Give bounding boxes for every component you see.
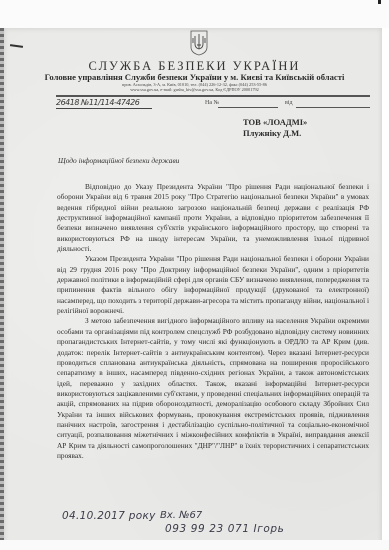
recipient-company: ТОВ «ЛОАДМІ» xyxy=(243,117,307,128)
scan-top-margin xyxy=(0,0,389,28)
outgoing-number-text: 26418 №11/114-47426 xyxy=(56,98,139,107)
reference-date-label: від xyxy=(285,100,293,106)
handwritten-date: 04.10.2017 року xyxy=(62,510,156,522)
reference-number-blank xyxy=(218,107,278,108)
recipient-person: Плужніку Д.М. xyxy=(243,128,307,139)
letter-body: Відповідно до Указу Президента України "… xyxy=(57,182,369,461)
registration-underline xyxy=(56,108,152,109)
contact-line: www.ssu.gov.ua, e-mail: gusbu_kiv@ssu.go… xyxy=(0,87,389,92)
reference-number-label: На № xyxy=(205,100,219,106)
outgoing-registration-number: 26418 №11/114-47426 xyxy=(56,98,152,110)
letterhead-divider xyxy=(56,95,370,97)
trident-coat-of-arms-icon xyxy=(190,30,208,56)
scan-edge-mark xyxy=(378,0,381,4)
body-paragraph: З метою забезпечення вигідного інформаці… xyxy=(57,316,369,461)
body-paragraph: Відповідно до Указу Президента України "… xyxy=(57,182,369,254)
handwritten-incoming-number: Вх. №67 xyxy=(160,510,202,521)
recipient-block: ТОВ «ЛОАДМІ» Плужніку Д.М. xyxy=(243,117,307,139)
department-name: Головне управління Служби безпеки Україн… xyxy=(0,72,389,82)
reference-date-blank xyxy=(296,107,370,108)
letter-subject: Щодо інформаційної безпеки держави xyxy=(58,156,179,165)
scan-bottom-margin xyxy=(0,540,389,550)
handwritten-phone-name: 093 99 23 071 Ігорь xyxy=(165,523,284,535)
body-paragraph: Указом Президента України "Про рішення Р… xyxy=(57,254,369,316)
